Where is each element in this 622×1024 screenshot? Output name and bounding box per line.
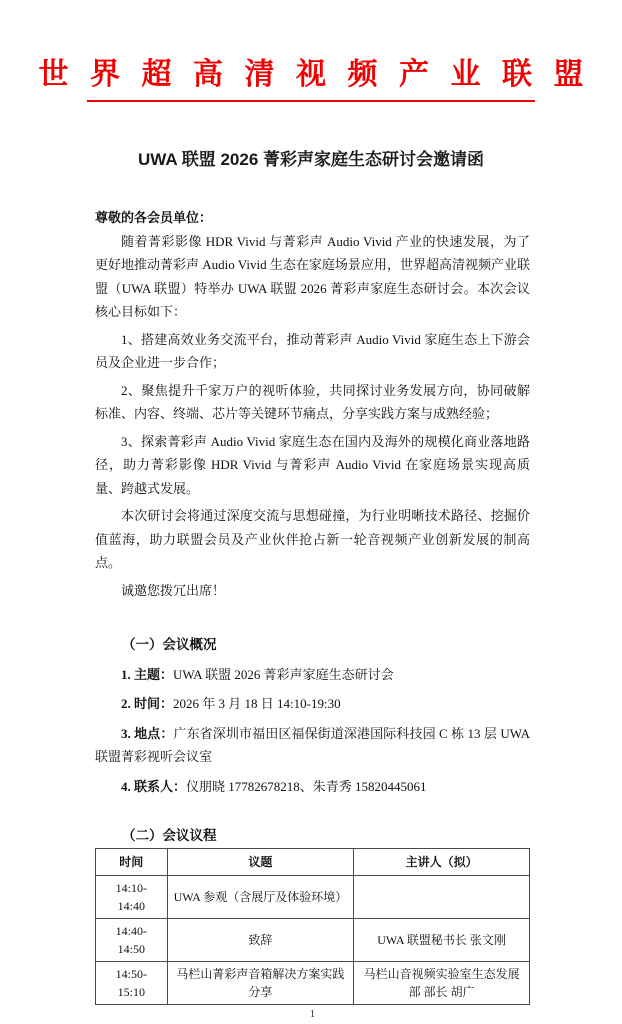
page-number: 1: [95, 1008, 530, 1022]
salutation: 尊敬的各会员单位：: [95, 206, 530, 230]
agenda-header-speaker: 主讲人（拟）: [354, 849, 530, 876]
body-paragraph: 3、探索菁彩声 Audio Vivid 家庭生态在国内及海外的规模化商业落地路径…: [95, 430, 530, 501]
agenda-row: 14:50-15:10 马栏山菁彩声音箱解决方案实践分享 马栏山音视频实验室生态…: [96, 962, 530, 1005]
org-header-title: 世 界 超 高 清 视 频 产 业 联 盟: [0, 0, 622, 93]
agenda-cell-time: 14:50-15:10: [96, 962, 168, 1005]
agenda-table: 时间 议题 主讲人（拟） 14:10-14:40 UWA 参观（含展厅及体验环境…: [95, 848, 530, 1005]
closing-line: 诚邀您拨冗出席！: [95, 579, 530, 603]
document-title: UWA 联盟 2026 菁彩声家庭生态研讨会邀请函: [0, 148, 622, 171]
body-paragraph: 1、搭建高效业务交流平台，推动菁彩声 Audio Vivid 家庭生态上下游会员…: [95, 328, 530, 375]
body-paragraph: 本次研讨会将通过深度交流与思想碰撞，为行业明晰技术路径、挖掘价值蓝海，助力联盟会…: [95, 504, 530, 575]
agenda-cell-speaker: 马栏山音视频实验室生态发展部 部长 胡广: [354, 962, 530, 1005]
section-heading-overview: （一）会议概况: [95, 633, 530, 657]
body-paragraph: 随着菁彩影像 HDR Vivid 与菁彩声 Audio Vivid 产业的快速发…: [95, 230, 530, 324]
agenda-header-row: 时间 议题 主讲人（拟）: [96, 849, 530, 876]
agenda-row: 14:40-14:50 致辞 UWA 联盟秘书长 张文刚: [96, 919, 530, 962]
document-page: 世 界 超 高 清 视 频 产 业 联 盟 UWA 联盟 2026 菁彩声家庭生…: [0, 0, 622, 1024]
section-heading-agenda: （二）会议议程: [95, 826, 530, 846]
agenda-cell-topic: UWA 参观（含展厅及体验环境）: [167, 876, 354, 919]
agenda-cell-time: 14:40-14:50: [96, 919, 168, 962]
agenda-header-time: 时间: [96, 849, 168, 876]
meeting-time-item: 2. 时间：2026 年 3 月 18 日 14:10-19:30: [95, 692, 530, 716]
meeting-location-label: 3. 地点：: [121, 726, 173, 741]
meeting-topic-value: UWA 联盟 2026 菁彩声家庭生态研讨会: [173, 667, 394, 682]
body-paragraph: 2、聚焦提升千家万户的视听体验，共同探讨业务发展方向，协同破解标准、内容、终端、…: [95, 379, 530, 426]
agenda-cell-topic: 马栏山菁彩声音箱解决方案实践分享: [167, 962, 354, 1005]
meeting-time-label: 2. 时间：: [121, 696, 173, 711]
meeting-contact-item: 4. 联系人：仪朋晓 17782678218、朱青秀 15820445061: [95, 775, 530, 799]
meeting-contact-value: 仪朋晓 17782678218、朱青秀 15820445061: [186, 779, 427, 794]
agenda-cell-topic: 致辞: [167, 919, 354, 962]
meeting-time-value: 2026 年 3 月 18 日 14:10-19:30: [173, 696, 341, 711]
meeting-topic-item: 1. 主题：UWA 联盟 2026 菁彩声家庭生态研讨会: [95, 663, 530, 687]
agenda-header-topic: 议题: [167, 849, 354, 876]
meeting-location-item: 3. 地点：广东省深圳市福田区福保街道深港国际科技园 C 栋 13 层 UWA …: [95, 722, 530, 769]
agenda-row: 14:10-14:40 UWA 参观（含展厅及体验环境）: [96, 876, 530, 919]
agenda-cell-speaker: [354, 876, 530, 919]
header-divider-rule: [87, 100, 535, 102]
document-body: 尊敬的各会员单位： 随着菁彩影像 HDR Vivid 与菁彩声 Audio Vi…: [0, 206, 622, 1022]
agenda-cell-speaker: UWA 联盟秘书长 张文刚: [354, 919, 530, 962]
agenda-cell-time: 14:10-14:40: [96, 876, 168, 919]
meeting-contact-label: 4. 联系人：: [121, 779, 186, 794]
meeting-topic-label: 1. 主题：: [121, 667, 173, 682]
